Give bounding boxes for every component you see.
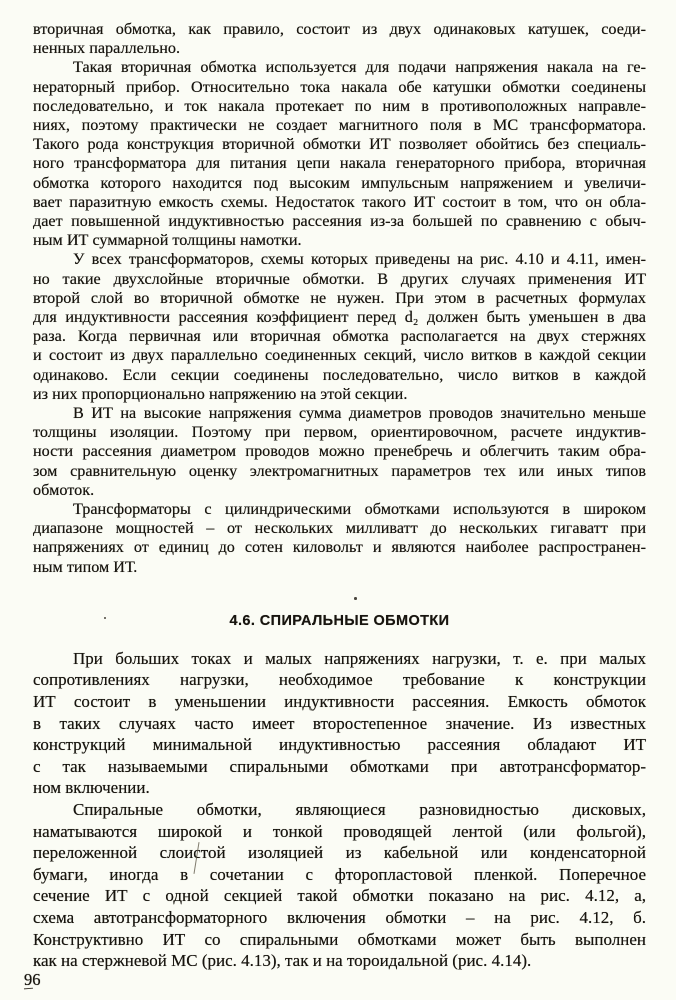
text-line: Трансформаторы с цилиндрическими обмотка… bbox=[33, 500, 646, 519]
text-line: с так называемыми спиральными обмотками … bbox=[33, 756, 646, 778]
text-line: второй слой во вторичной обмотке не нуже… bbox=[33, 289, 646, 308]
text-line: Такая вторичная обмотка используется для… bbox=[33, 58, 646, 77]
text-line: Такого рода конструкция вторичной обмотк… bbox=[33, 135, 646, 154]
scan-speck bbox=[354, 597, 357, 600]
paragraph: Трансформаторы с цилиндрическими обмотка… bbox=[33, 500, 646, 577]
text-line: Спиральные обмотки, являющиеся разновидн… bbox=[33, 799, 646, 821]
text-line: В ИТ на высокие напряжения сумма диаметр… bbox=[33, 404, 646, 423]
text-line: для индуктивности рассеяния коэффициент … bbox=[33, 308, 646, 327]
text-line: ным типом ИТ. bbox=[33, 558, 646, 577]
text-line: ности рассеяния диаметром проводов можно… bbox=[33, 442, 646, 461]
text-line: У всех трансформаторов, схемы которых пр… bbox=[33, 250, 646, 269]
text-line: одинаково. Если секции соединены последо… bbox=[33, 366, 646, 385]
scan-speck bbox=[104, 617, 106, 619]
paragraph: Спиральные обмотки, являющиеся разновидн… bbox=[33, 799, 646, 972]
text-line: диапазоне мощностей – от нескольких милл… bbox=[33, 519, 646, 538]
text-line: ИТ состоит в уменьшении индуктивности ра… bbox=[33, 691, 646, 713]
paragraph: У всех трансформаторов, схемы которых пр… bbox=[33, 250, 646, 404]
text-line: обмоток. bbox=[33, 481, 646, 500]
text-line: и состоит из двух параллельно соединенны… bbox=[33, 346, 646, 365]
page-number: 96 bbox=[24, 970, 41, 990]
text-line: зом сравнительную оценку электромагнитны… bbox=[33, 462, 646, 481]
text-line: сечение ИТ с одной секцией такой обмотки… bbox=[33, 885, 646, 907]
text-line: напряжениях от единиц до сотен киловольт… bbox=[33, 538, 646, 557]
text-line: вает паразитную емкость схемы. Недостато… bbox=[33, 193, 646, 212]
text-line: толщины изоляции. Поэтому при первом, ор… bbox=[33, 423, 646, 442]
paragraph: Такая вторичная обмотка используется для… bbox=[33, 58, 646, 250]
text-line: но такие двухслойные вторичные обмотки. … bbox=[33, 270, 646, 289]
text-line: из них пропорционально напряжению на это… bbox=[33, 385, 646, 404]
paragraph: вторичная обмотка, как правило, состоит … bbox=[33, 20, 646, 58]
paragraph: При больших токах и малых напряжениях на… bbox=[33, 648, 646, 799]
text-line: обмотка которого находится под высоким и… bbox=[33, 174, 646, 193]
text-line: ниях, поэтому практически не создает маг… bbox=[33, 116, 646, 135]
text-line: Конструктивно ИТ со спиральными обмоткам… bbox=[33, 929, 646, 951]
page-text: вторичная обмотка, как правило, состоит … bbox=[33, 20, 646, 972]
paragraph: В ИТ на высокие напряжения сумма диаметр… bbox=[33, 404, 646, 500]
text-line: ного трансформатора для питания цепи нак… bbox=[33, 154, 646, 173]
text-line: конструкций минимальной индуктивностью р… bbox=[33, 734, 646, 756]
text-line: наматываются широкой и тонкой проводящей… bbox=[33, 821, 646, 843]
text-line: ненных параллельно. bbox=[33, 39, 646, 58]
text-line: ном включении. bbox=[33, 777, 646, 799]
text-line: как на стержневой МС (рис. 4.13), так и … bbox=[33, 950, 646, 972]
book-page-scan: вторичная обмотка, как правило, состоит … bbox=[0, 0, 676, 1000]
text-line: схема автотрансформаторного включения об… bbox=[33, 907, 646, 929]
text-line: дает повышенной индуктивностью рассеяния… bbox=[33, 212, 646, 231]
section-heading: 4.6. СПИРАЛЬНЫЕ ОБМОТКИ bbox=[33, 613, 646, 629]
text-line: переложенной слоистой изоляцией из кабел… bbox=[33, 842, 646, 864]
text-line: бумаги, иногда в сочетании с фторопласто… bbox=[33, 864, 646, 886]
text-line: нераторный прибор. Относительно тока нак… bbox=[33, 78, 646, 97]
text-line: в таких случаях часто имеет второстепенн… bbox=[33, 713, 646, 735]
text-line: раза. Когда первичная или вторичная обмо… bbox=[33, 327, 646, 346]
text-line: При больших токах и малых напряжениях на… bbox=[33, 648, 646, 670]
text-line: ным ИТ суммарной толщины намотки. bbox=[33, 231, 646, 250]
text-line: последовательно, и ток накала протекает … bbox=[33, 97, 646, 116]
text-line: вторичная обмотка, как правило, состоит … bbox=[33, 20, 646, 39]
text-line: сопротивлениях нагрузки, необходимое тре… bbox=[33, 669, 646, 691]
